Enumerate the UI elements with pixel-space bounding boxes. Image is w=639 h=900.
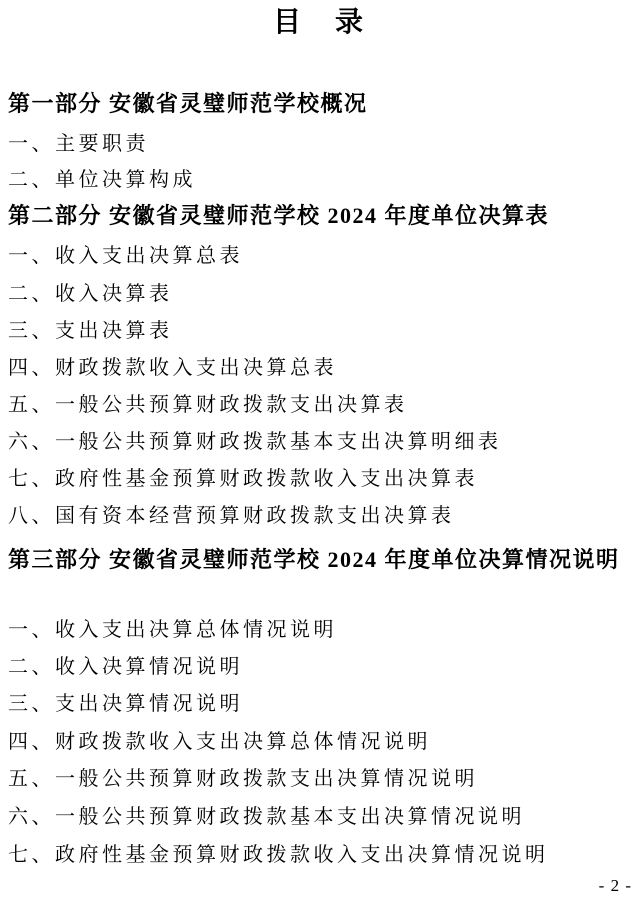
toc-item-part1-2: 二、单位决算构成 [8, 168, 196, 192]
toc-section-heading-part1: 第一部分 安徽省灵璧师范学校概况 [8, 91, 368, 117]
toc-item-part2-6: 六、一般公共预算财政拨款基本支出决算明细表 [8, 430, 502, 454]
toc-item-part2-4: 四、财政拨款收入支出决算总表 [8, 356, 337, 380]
toc-item-part3-3: 三、支出决算情况说明 [8, 692, 243, 716]
toc-item-part2-2: 二、收入决算表 [8, 282, 173, 306]
toc-item-part3-2: 二、收入决算情况说明 [8, 655, 243, 679]
toc-item-part2-8: 八、国有资本经营预算财政拨款支出决算表 [8, 504, 455, 528]
toc-item-part2-5: 五、一般公共预算财政拨款支出决算表 [8, 393, 408, 417]
toc-item-part2-1: 一、收入支出决算总表 [8, 244, 243, 268]
toc-item-part3-5: 五、一般公共预算财政拨款支出决算情况说明 [8, 767, 478, 791]
toc-item-part3-4: 四、财政拨款收入支出决算总体情况说明 [8, 730, 431, 754]
toc-item-part2-3: 三、支出决算表 [8, 319, 173, 343]
page-title: 目 录 [0, 8, 639, 38]
toc-item-part1-1: 一、主要职责 [8, 132, 149, 156]
toc-section-heading-part2: 第二部分 安徽省灵璧师范学校 2024 年度单位决算表 [8, 203, 549, 229]
toc-item-part2-7: 七、政府性基金预算财政拨款收入支出决算表 [8, 467, 478, 491]
toc-item-part3-6: 六、一般公共预算财政拨款基本支出决算情况说明 [8, 805, 525, 829]
toc-item-part3-1: 一、收入支出决算总体情况说明 [8, 618, 337, 642]
page-number: - 2 - [599, 876, 632, 896]
document-page: 目 录 第一部分 安徽省灵璧师范学校概况 一、主要职责 二、单位决算构成 第二部… [0, 0, 639, 900]
toc-item-part3-7: 七、政府性基金预算财政拨款收入支出决算情况说明 [8, 843, 549, 867]
toc-section-heading-part3: 第三部分 安徽省灵璧师范学校 2024 年度单位决算情况说明 [8, 539, 636, 580]
